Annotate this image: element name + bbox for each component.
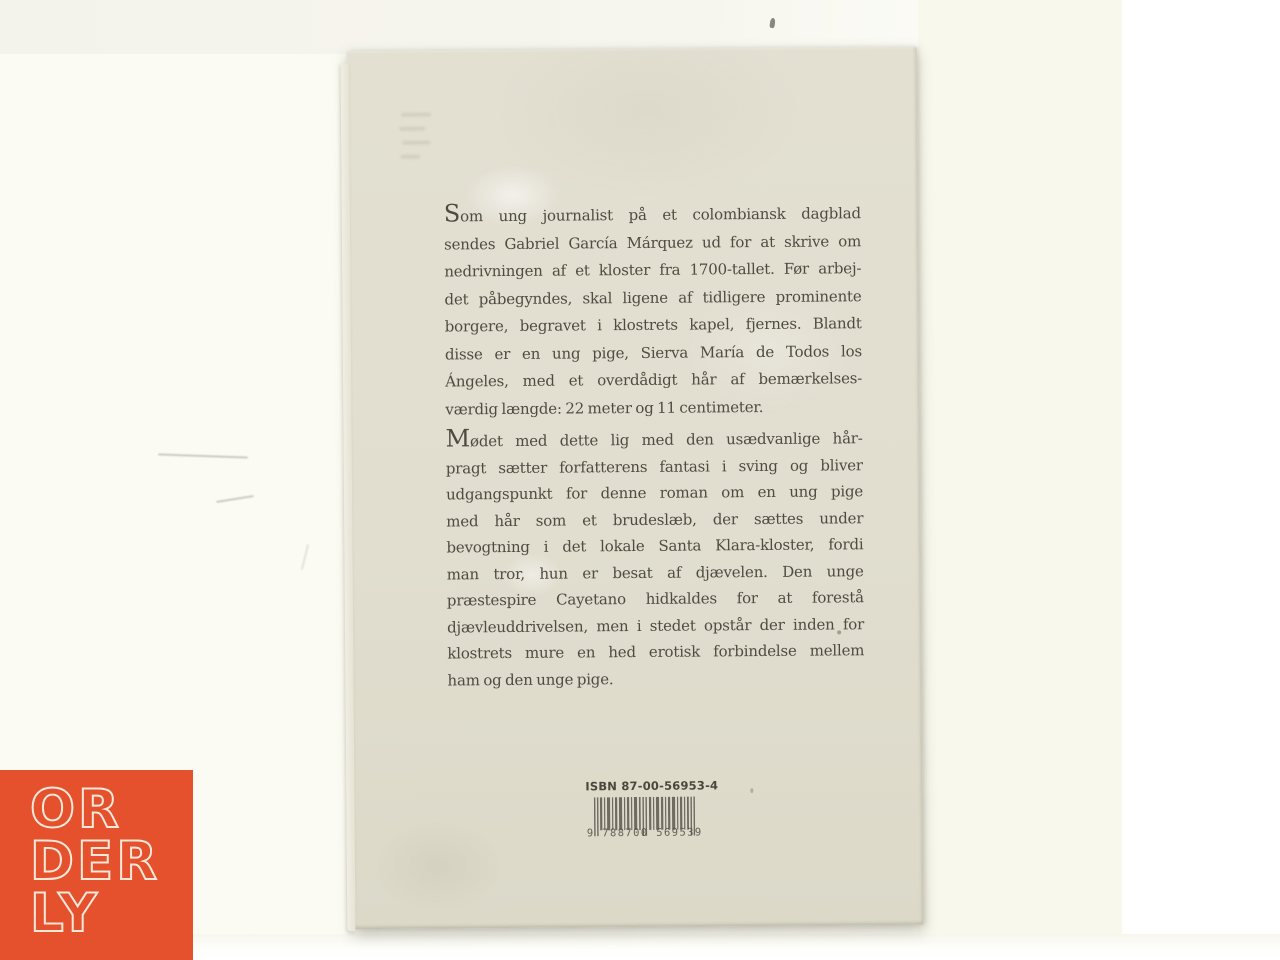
blurb-line: pragt sætter forfatterens fantasi i svin… <box>446 452 863 482</box>
blurb-line: disse er en ung pige, Sierva María de To… <box>445 338 862 369</box>
orderly-watermark-logo: OR DER LY <box>0 770 193 960</box>
blurb-line: ham og den unge pige. <box>447 664 864 694</box>
cover-speck <box>750 788 753 793</box>
ghost-text-impression <box>399 127 425 131</box>
blurb-line: sendes Gabriel García Márquez ud for at … <box>444 228 861 259</box>
background-right-pale-band <box>918 0 1122 960</box>
ghost-text-impression <box>402 141 430 145</box>
blurb-line: værdig længde: 22 meter og 11 centimeter… <box>445 393 862 424</box>
blurb-line: Som ung journalist på et colombiansk dag… <box>444 200 861 231</box>
blurb-line: bevogtning i det lokale Santa Klara-klos… <box>446 531 863 561</box>
blurb-line: udgangspunkt for denne roman om en ung p… <box>446 478 863 508</box>
backdrop-pencil-mark <box>158 453 248 458</box>
logo-text-line: DER <box>30 836 193 888</box>
blurb-line: præstespire Cayetano hidkaldes for at fo… <box>447 584 864 614</box>
background-right-white <box>1122 0 1280 960</box>
blurb-line: med hår som et brudeslæb, der sættes und… <box>446 505 863 535</box>
blurb-line: man tror, hun er besat af djævelen. Den … <box>447 558 864 588</box>
book-back-cover: Som ung journalist på et colombiansk dag… <box>347 47 924 929</box>
ghost-text-impression <box>400 155 420 159</box>
isbn-section: ISBN 87-00-56953-4 <box>585 778 703 839</box>
back-cover-blurb: Som ung journalist på et colombiansk dag… <box>444 200 865 693</box>
photo-stage: Som ung journalist på et colombiansk dag… <box>0 0 1280 960</box>
backdrop-pencil-mark <box>216 495 254 503</box>
blurb-line: Mødet med dette lig med den usædvanlige … <box>446 425 863 455</box>
logo-text-line: OR <box>30 784 193 836</box>
blurb-paragraph-2: Mødet med dette lig med den usædvanlige … <box>446 425 865 693</box>
blurb-line: nedrivningen af et kloster fra 1700-tall… <box>444 255 861 286</box>
blurb-line: borgere, begravet i klostrets kapel, fje… <box>445 310 862 341</box>
isbn-label: ISBN 87-00-56953-4 <box>585 778 703 793</box>
ghost-text-impression <box>401 113 431 117</box>
blurb-line: djævleuddrivelsen, men i stedet opstår d… <box>447 611 864 641</box>
blurb-paragraph-1: Som ung journalist på et colombiansk dag… <box>444 200 863 423</box>
book-page-edge <box>341 63 356 931</box>
blurb-line: klostrets mure en hed erotisk forbindels… <box>447 637 864 667</box>
barcode-digits: 9 788700 569539 <box>586 826 704 839</box>
blurb-line: det påbegyndes, skal ligene af tidligere… <box>444 283 861 314</box>
logo-text-line: LY <box>30 888 193 940</box>
blurb-line: Ángeles, med et overdådigt hår af bemærk… <box>445 365 862 396</box>
backdrop-pencil-mark <box>301 544 309 570</box>
